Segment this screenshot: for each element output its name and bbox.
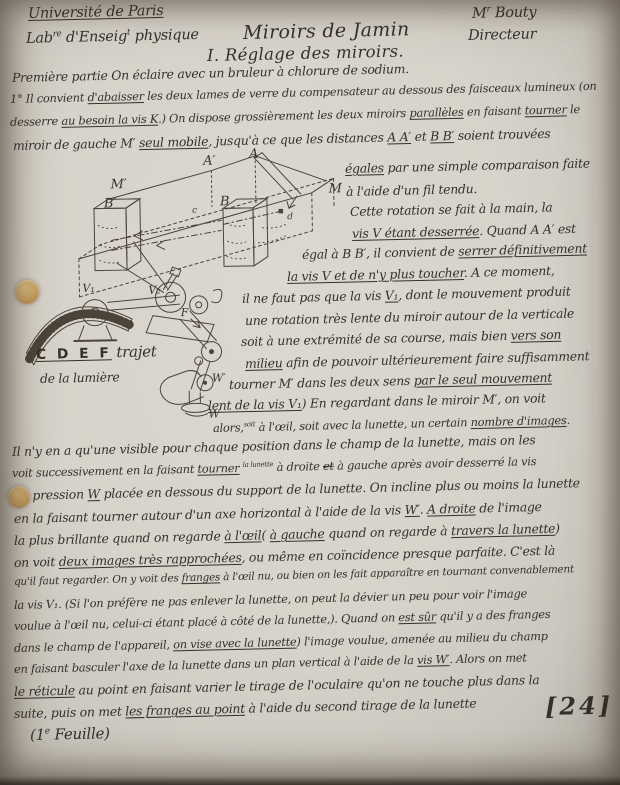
- diagram-label-v1: V₁: [82, 282, 95, 295]
- diagram-label-c: c: [192, 206, 197, 216]
- manuscript-page: M′ A′ B′ A B M V₁ V₂ F W′ W c d C D E F …: [0, 0, 620, 785]
- manuscript-line: desserre au besoin la vis K.) On dispose…: [10, 102, 580, 129]
- manuscript-line: Cette rotation se fait à la main, la: [350, 199, 553, 219]
- manuscript-line: suite, puis on met les franges au point …: [14, 696, 477, 721]
- author-name: Mr Bouty: [472, 4, 537, 22]
- institution-department: Labre d'Enseigt physique: [26, 26, 199, 47]
- diagram-label-a: A: [248, 147, 259, 162]
- manuscript-line: vis V étant desserrée. Quand A A′ est: [352, 221, 576, 241]
- punch-hole-top: [15, 280, 39, 304]
- diagram-label-b-prime: B′: [103, 196, 117, 211]
- document-title: Miroirs de Jamin: [243, 18, 410, 44]
- diagram-caption-line2: de la lumière: [40, 369, 120, 386]
- diagram-caption-line1: C D E F trajet: [36, 342, 157, 363]
- manuscript-line: égales par une simple comparaison faite: [345, 155, 590, 176]
- manuscript-line: de pression W placée en dessous du suppo…: [14, 475, 580, 503]
- manuscript-line: Première partie On éclaire avec un brule…: [12, 61, 409, 85]
- author-title: Directeur: [468, 26, 537, 44]
- diagram-label-m: M: [328, 181, 343, 196]
- diagram-label-a-prime: A′: [202, 154, 216, 169]
- diagram-label-d: d: [287, 212, 293, 222]
- manuscript-line: voit successivement en la faisant tourne…: [12, 454, 537, 480]
- sheet-number: (1e Feuille): [30, 724, 110, 744]
- page-number: [24]: [545, 690, 614, 721]
- manuscript-line: à l'aide d'un fil tendu.: [346, 181, 477, 199]
- manuscript-line: voulue à l'œil nu, celui-ci étant placé …: [14, 607, 551, 633]
- punch-hole-bottom: [8, 486, 30, 508]
- diagram-label-w-prime: W′: [212, 371, 227, 384]
- diagram-label-m-prime: M′: [109, 177, 127, 192]
- diagram-label-f: F: [180, 306, 189, 319]
- diagram-label-v2: V₂: [148, 283, 161, 296]
- diagram-label-b: B: [219, 194, 230, 209]
- institution-name: Université de Paris: [28, 3, 164, 22]
- manuscript-line: en faisant basculer l'axe de la lunette …: [14, 650, 527, 676]
